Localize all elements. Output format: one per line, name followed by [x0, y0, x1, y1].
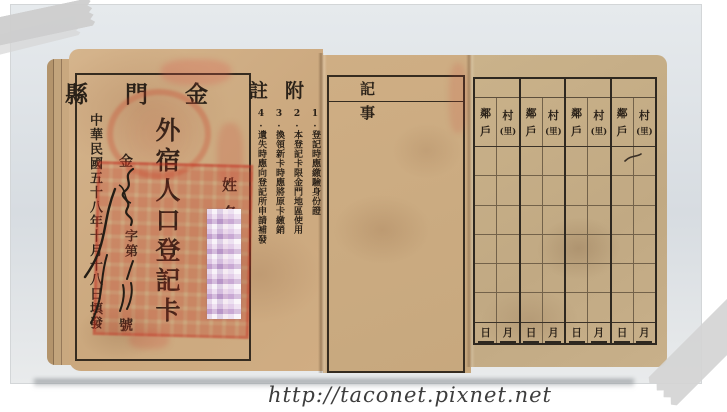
table-body-row: [566, 293, 610, 322]
day-label: 日: [566, 323, 588, 343]
table-date-row: 日月: [521, 323, 565, 343]
table-body-row: [475, 235, 519, 264]
table-cell: [612, 264, 634, 292]
notes-list: 1.登記時應繳驗身份證2.本登記卡限金門地區使用3.換領新卡時應將原卡繳銷4.遺…: [254, 109, 322, 254]
table-cell: [612, 293, 634, 321]
table-body-row: [521, 293, 565, 322]
table-body-row: [612, 264, 656, 293]
table-cell: [543, 176, 564, 204]
table-cell: [566, 176, 588, 204]
table-cell: [543, 235, 564, 263]
record-header: 記事: [329, 77, 463, 102]
month-label: 月: [588, 323, 609, 343]
table-top-row: [475, 79, 519, 98]
day-label: 日: [612, 323, 634, 343]
table-body-row: [475, 293, 519, 322]
table-top-row: [521, 79, 565, 98]
day-label: 日: [521, 323, 543, 343]
table-body-row: [566, 206, 610, 235]
table-cell: [588, 147, 609, 175]
table-cell: [566, 147, 588, 175]
table-body-row: [566, 264, 610, 293]
table-body-row: [521, 264, 565, 293]
note-item: 4.遺失時應向登記所申請補發: [253, 109, 268, 254]
table-cell: [475, 235, 497, 263]
photo-page: 金門縣 中華民國五十八年十月十八日填發 金 字第 號 外宿人口登記卡 姓名: [0, 0, 727, 412]
photo-area: 金門縣 中華民國五十八年十月十八日填發 金 字第 號 外宿人口登記卡 姓名: [10, 4, 702, 384]
table-body-row: [612, 235, 656, 264]
table-cell: [497, 147, 518, 175]
table-column-group: 鄰戶村(里)日月: [475, 79, 521, 343]
table-cell: [521, 176, 543, 204]
red-seal-smudge: [129, 331, 169, 349]
neighbor-household-label: 鄰戶: [566, 98, 588, 147]
table-date-row: 日月: [475, 323, 519, 343]
red-seal-smudge: [449, 63, 467, 133]
table-cell: [634, 176, 655, 204]
red-seal-smudge: [161, 59, 231, 85]
notes-header: 附註: [255, 77, 321, 105]
table-column-group: 鄰戶村(里)日月: [612, 79, 656, 343]
table-cell: [521, 206, 543, 234]
day-label: 日: [475, 323, 497, 343]
table-cell: [634, 235, 655, 263]
table-date-row: 日月: [612, 323, 656, 343]
table-cell: [566, 264, 588, 292]
table-cell: [588, 293, 609, 321]
table-body-row: [475, 176, 519, 205]
table-cell: [588, 176, 609, 204]
month-label: 月: [497, 323, 518, 343]
table-cell: [497, 176, 518, 204]
village-li-label: 村(里): [634, 98, 655, 147]
red-seal-smudge: [217, 123, 243, 185]
table-cell: [612, 176, 634, 204]
table-cell: [566, 235, 588, 263]
table-body-row: [612, 206, 656, 235]
note-item: 2.本登記卡限金門地區使用: [289, 109, 304, 254]
table-cell: [543, 264, 564, 292]
record-panel: 記事: [327, 75, 465, 373]
month-label: 月: [634, 323, 655, 343]
table-body-row: [475, 147, 519, 176]
table-cell: [521, 293, 543, 321]
table-cell: [588, 235, 609, 263]
village-li-label: 村(里): [497, 98, 518, 147]
table-body-row: [566, 147, 610, 176]
table-top-row: [566, 79, 610, 98]
table-body-row: [521, 176, 565, 205]
table-body-row: [612, 293, 656, 322]
table-body-row: [566, 235, 610, 264]
table-cell: [497, 264, 518, 292]
table-body-row: [612, 176, 656, 205]
table-body-row: [475, 264, 519, 293]
handwritten-date-strokes: [71, 185, 123, 335]
table-cell: [521, 235, 543, 263]
table-label-row: 鄰戶村(里): [475, 98, 519, 148]
registration-table: 鄰戶村(里)日月鄰戶村(里)日月鄰戶村(里)日月鄰戶村(里)日月: [473, 77, 657, 345]
table-cell: [588, 206, 609, 234]
table-label-row: 鄰戶村(里): [612, 98, 656, 148]
privacy-mosaic: [207, 209, 241, 319]
table-body-row: [475, 206, 519, 235]
table-column-group: 鄰戶村(里)日月: [566, 79, 612, 343]
neighbor-household-label: 鄰戶: [612, 98, 634, 147]
table-cell: [475, 176, 497, 204]
table-cell: [475, 264, 497, 292]
table-cell: [634, 264, 655, 292]
table-cell: [497, 235, 518, 263]
table-cell: [566, 293, 588, 321]
table-cell: [634, 206, 655, 234]
village-li-label: 村(里): [588, 98, 609, 147]
table-cell: [497, 206, 518, 234]
watermark-url: http://taconet.pixnet.net: [268, 383, 552, 407]
table-label-row: 鄰戶村(里): [521, 98, 565, 148]
month-label: 月: [543, 323, 564, 343]
table-cell: [612, 206, 634, 234]
table-column-group: 鄰戶村(里)日月: [521, 79, 567, 343]
table-body-row: [566, 176, 610, 205]
table-date-row: 日月: [566, 323, 610, 343]
table-cell: [521, 147, 543, 175]
table-cell: [543, 147, 564, 175]
village-li-label: 村(里): [543, 98, 564, 147]
table-cell: [497, 293, 518, 321]
table-cell: [521, 264, 543, 292]
table-cell: [588, 264, 609, 292]
table-cell: [543, 293, 564, 321]
table-top-row: [612, 79, 656, 98]
handwritten-mark: [623, 151, 643, 165]
table-body-row: [521, 206, 565, 235]
neighbor-household-label: 鄰戶: [475, 98, 497, 147]
table-body-row: [521, 147, 565, 176]
note-item: 3.換領新卡時應將原卡繳銷: [271, 109, 286, 254]
neighbor-household-label: 鄰戶: [521, 98, 543, 147]
table-body-row: [521, 235, 565, 264]
table-cell: [543, 206, 564, 234]
note-item: 1.登記時應繳驗身份證: [307, 109, 322, 254]
table-cell: [566, 206, 588, 234]
table-cell: [475, 206, 497, 234]
table-cell: [612, 235, 634, 263]
table-cell: [634, 293, 655, 321]
table-cell: [475, 147, 497, 175]
table-cell: [475, 293, 497, 321]
table-label-row: 鄰戶村(里): [566, 98, 610, 148]
